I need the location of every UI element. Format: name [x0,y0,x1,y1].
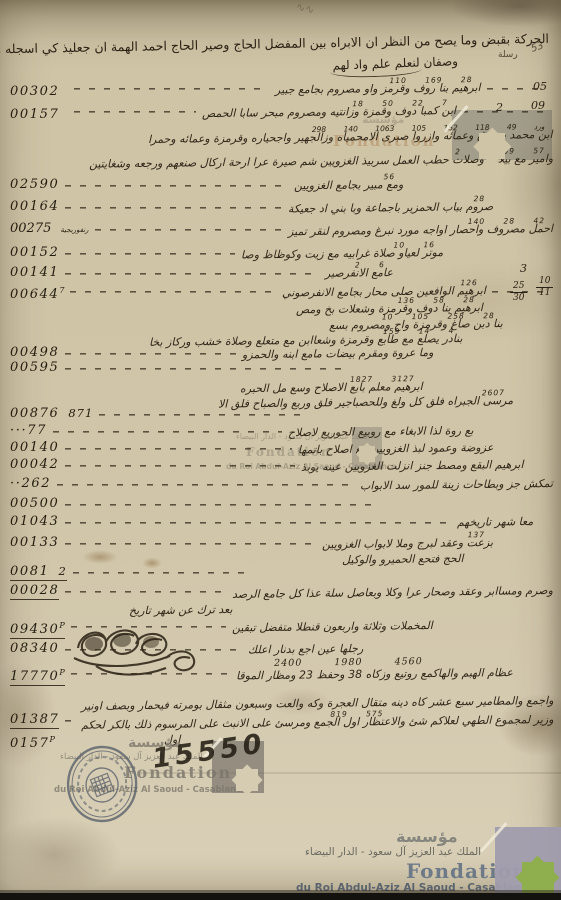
leader-dashes [20,151,83,166]
margin-word: رسلة [498,50,518,60]
ledger-row: 00498وما عروة ومقرم بيضات مامع ابنه والح… [10,345,553,361]
fraction-annotation: 2530 [510,281,527,304]
entry-text: عزوضة وعمود لبذ الغزويين مع اصلاح باتمها [298,440,494,457]
leader-dashes [99,406,307,421]
margin-annotation: 3 [520,262,527,275]
ledger-row: 00042ابرهيم البقع ومصط جنز انزلت الغزويي… [10,457,553,473]
leader-dashes [65,514,450,529]
ledger-row: 00028وصرم ومساابر وعقد وصحار عرا وكلا وب… [10,583,553,599]
ledger-row: ···77بع روة لذا الابغاء مع روبيع الحوريع… [10,423,553,439]
margin-amount: 00152 [10,245,59,260]
ledger-row: 0015718 50 22 7ابن كمبا دوف وقمزة وزانتي… [10,103,553,119]
circular-stamp-icon [62,741,142,831]
margin-amount: 00140 [10,440,59,455]
entry-text: 56ومع مبير بجامع الغزويين [294,177,403,193]
margin-amount: 00133 [10,535,59,550]
entry-text: تمكش جز وبطاحات زينة للمور سد الابواب [360,476,553,493]
margin-amount: ···77 [10,423,47,438]
margin-annotation: 2 [496,101,503,114]
entry-text: بع روة لذا الابغاء مع روبيع الحوريع لاصل… [287,423,473,440]
leader-dashes [70,283,276,298]
superscript-numbers: 137 [467,527,485,542]
superscript-numbers: 140 28 42 [468,213,545,229]
leader-dashes [65,496,377,511]
foundation-logo-icon [495,827,561,893]
manuscript-scan-page: ∿∿ 53 رسلة الحركة بقبض وما يصح من النظر … [0,0,561,900]
leader-dashes [73,564,247,579]
entry-text: 10 16موتر لعياو صلاة غرابيه مع زيت وكوظا… [241,245,443,262]
margin-amount: 00164 [10,199,59,214]
margin-amount: 00141 [10,265,59,280]
leader-dashes [74,103,196,118]
ledger-row: 0259056ومع مبير بجامع الغزويين [10,177,553,193]
margin-annotation: 09 [531,99,545,112]
ledger-row: 0016428صروم بباب الحمزير باجماعة وبا بني… [10,199,553,215]
leader-dashes [65,535,316,550]
margin-amount: 00157 [10,103,68,122]
superscript-numbers: 28 [473,191,485,206]
star-icon [232,765,262,795]
leader-dashes [65,199,281,214]
margin-amount: 00595 [10,360,59,375]
superscript-numbers: 110 169 28 [390,72,473,88]
paper-crease [140,772,561,774]
margin-amount: ··262 [10,476,51,491]
leader-dashes [65,712,74,727]
superscript-numbers: ورد 49 118 152 105 1063 140 298 [312,119,545,137]
margin-amount: 08340 [10,641,59,656]
entry-text: 28صروم بباب الحمزير باجماعة وبا بني اد ج… [288,199,493,217]
superscript-numbers: 136 58 28 [398,292,475,308]
margin-amount: 00876871 [10,406,93,421]
ledger-row: 00140عزوضة وعمود لبذ الغزويين مع اصلاح ب… [10,440,553,456]
leader-dashes [28,127,142,142]
margin-amount: 17770P [10,665,65,686]
entry-text: وصرم ومساابر وعقد وصحار عرا وكلا وبعاصل … [232,583,553,602]
ledger-row: 00275رنفوريجية140 28 42احمل مصروف واحصار… [10,221,553,237]
entry-text: 2 6عامع الانفرصير [325,265,393,281]
superscript-numbers: 10 105 258 28 [382,308,495,324]
header-line-1: الحركة بقبض وما يصح من النظر ان الابراه … [8,31,549,56]
watermark-org-ar: مؤسسة [396,827,458,846]
superscript-numbers: 1827 3127 [350,371,415,387]
leader-dashes [16,316,323,331]
ledger-row: 10 105 258 28بنا دبن صاغ وقرمزة واح ومصر… [10,316,553,332]
margin-amount: 00028 [10,583,59,600]
superscript-numbers: 2 6 [355,257,385,272]
margin-amount: 02590 [10,177,59,192]
leader-dashes [22,693,75,708]
ledger-row: 2 2 59 57وامير مع بيلات وصلات حطب العمل … [14,151,553,167]
margin-amount: 01387 [10,712,59,729]
star-icon [356,443,378,465]
superscript-numbers: 159 14 4 [383,323,455,339]
margin-amount: 00498 [10,345,59,360]
margin-amount: 00275رنفوريجية [10,221,89,238]
ink-scribble [66,614,216,686]
margin-amount: 00302 [10,80,68,99]
margin-amount: 0157P [10,732,55,751]
star-icon [474,128,510,164]
superscript-numbers: 18 50 22 7 [352,95,448,111]
margin-amount: 01043 [10,514,59,529]
leader-dashes [65,177,287,192]
superscript-numbers: 2400 1980 4560 [274,654,423,671]
leader-dashes [65,583,226,598]
leader-dashes [65,265,319,280]
superscript-numbers: 10 16 [393,237,435,253]
ledger-row: 00595 [10,360,553,376]
entry-text: ابرهيم البقع ومصط جنز انزلت الغزويين عين… [300,457,523,475]
entry-text: واجمع والمطامير سبع عشر كاه دينه متقال ا… [80,693,553,714]
leader-dashes [65,440,291,455]
ledger-row: 00302110 169 28ابرهيم بنا روف وقرمز واو … [10,80,553,96]
margin-amount: 09430P [10,618,65,639]
entry-text: 819 575وزير لمجموع الطهي لعلاكم شئ والاع… [80,712,553,733]
leader-dashes [16,331,143,346]
ledger-row: 01387819 575وزير لمجموع الطهي لعلاكم شئ … [10,712,553,728]
ledger-row: واجمع والمطامير سبع عشر كاه دينه متقال ا… [16,693,553,709]
entry-text: 110 169 28ابرهيم بنا روف وقرمز واو مصروم… [275,80,481,98]
ledger-row: 00876871 [10,406,553,422]
ledger-row: ··262تمكش جز وبطاحات زينة للمور سد الابو… [10,476,553,492]
leader-dashes [95,221,282,236]
margin-amount: 00042 [10,457,59,472]
margin-amount: 00500 [10,496,59,511]
pencil-scribble: ∿∿ [295,0,316,17]
leader-dashes [16,300,290,315]
superscript-numbers: 56 [383,169,395,184]
leader-dashes [65,345,235,360]
entry-text: 137بزعت وعقد لبرج وملا لابواب الغزويين [322,535,493,552]
superscript-numbers: 126 [460,275,478,290]
bottom-edge-strip [0,893,561,900]
ledger-row: 00812 [10,564,553,580]
ledger-row: 00500 [10,496,553,512]
leader-dashes [65,360,347,375]
superscript-numbers: 819 575 [330,706,383,722]
entry-text: 18 50 22 7ابن كمبا دوف وقمزة وزانتيه ومص… [202,103,456,121]
leader-dashes [74,80,269,95]
watermark-org-ar-full: الملك عبد العزيز آل سعود - الدار البيضاء [287,846,499,858]
leader-dashes [16,379,234,394]
superscript-numbers: 2607 [482,385,505,400]
ledger-row: 0015210 16موتر لعياو صلاة غرابيه مع زيت … [10,245,553,261]
entry-text: 2400 1980 4560عظام الهبم والهاكمع روتيع … [236,665,513,683]
leader-dashes [57,476,354,491]
margin-amount: 00812 [10,564,67,581]
margin-annotation: 05 [533,80,547,93]
leader-dashes [53,423,282,438]
ledger-row: 00133137بزعت وعقد لبرج وملا لابواب الغزو… [10,535,553,551]
entry-text: المخملات وثلاثة واربعون قنطلا متفضل تبقي… [232,618,433,635]
fraction-annotation: 1011 [536,276,553,299]
leader-dashes [65,457,294,472]
leader-dashes [65,245,235,260]
